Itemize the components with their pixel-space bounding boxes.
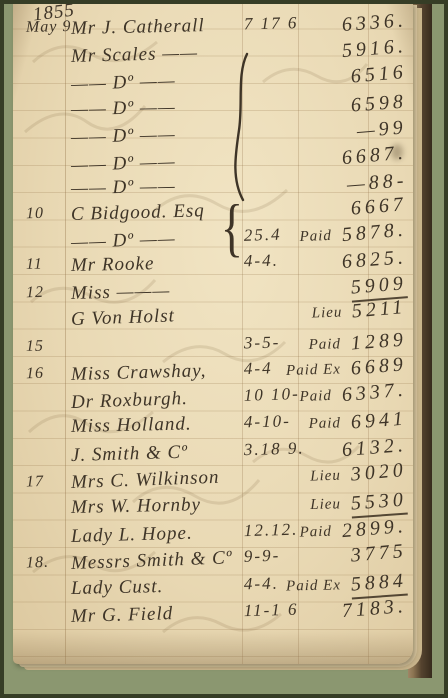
ledger-row-serial: 5878.: [341, 219, 408, 248]
ledger-row-serial: 6336.: [341, 9, 408, 37]
ledger-row-serial: 6941: [350, 408, 408, 435]
ledger-row-name: Miss Crawshay,: [71, 360, 207, 386]
ledger-row-right-group: 6336.: [332, 11, 407, 36]
ledger-row-serial: 1289: [350, 329, 408, 356]
ledger-row-serial: 6825.: [341, 246, 408, 274]
ledger-row-name: Messrs Smith & Cº: [71, 547, 233, 575]
ledger-row-serial: 6689: [350, 353, 408, 380]
ledger-row-amount: 3.18 9.: [244, 438, 305, 460]
ledger-row-amount: 9-9-: [244, 546, 281, 567]
ledger-row-name: Mrs W. Hornby: [71, 494, 201, 519]
ledger-row-serial: 3775: [350, 540, 408, 568]
ledger-row-date: [26, 99, 72, 100]
ledger-row-right-group: 6825.: [332, 248, 407, 273]
ledger-row-right-group: Paid Ex 6689: [286, 355, 408, 381]
ledger-row-name: Miss Holland.: [71, 413, 192, 438]
ledger-row-amount: 4-10-: [244, 411, 291, 432]
ledger-row-date: 18.: [26, 553, 73, 573]
ledger-row-name: —— Dº ——: [71, 97, 176, 121]
ledger-row-right-group: 6516: [340, 62, 407, 87]
ledger-row-name: —— Dº ——: [71, 176, 176, 200]
ledger-row-status: Paid: [299, 388, 332, 406]
ledger-row-date: [26, 74, 72, 76]
ledger-row-right-group: Paid Ex 5884: [286, 571, 407, 600]
ledger-row-status: Paid: [299, 524, 332, 542]
ledger-row-right-group: 6667: [341, 195, 408, 220]
ledger-row-name: Mr G. Field: [71, 603, 174, 628]
ledger-rows: May 9 Mr J. Catherall 7 17 6 6336. Mr Sc…: [13, 2, 413, 664]
ledger-row-amount: 3-5-: [244, 333, 281, 354]
ledger-row-serial: 6598: [350, 91, 408, 118]
ledger-row-serial: 6132.: [341, 434, 408, 462]
ledger-row-serial: 6516: [350, 61, 408, 89]
ledger-page: 1855 { May 9 Mr J. Catherall 7 17 6 6336…: [13, 2, 413, 664]
ledger-row-date: [26, 416, 72, 417]
ledger-row-date: [26, 445, 72, 446]
ledger-row-right-group: Paid 6941: [308, 409, 407, 434]
ledger-row-amount: 12.12.: [244, 520, 299, 542]
ledger-row-name: Mr Rooke: [71, 253, 155, 277]
ledger-row-date: [26, 127, 72, 128]
ledger-row-name: J. Smith & Cº: [71, 442, 189, 467]
ledger-row-right-group: 6598: [341, 92, 407, 116]
ledger-row-name: C Bidgood. Esq: [71, 200, 205, 226]
ledger-row-right-group: Lieu 5530: [310, 490, 407, 518]
ledger-row-date: [26, 606, 72, 607]
ledger-row-date: 10: [26, 204, 72, 223]
ledger-row-amount: 4-4: [244, 358, 273, 379]
ledger-row-date: [26, 232, 72, 234]
ledger-row-right-group: Paid 6337.: [299, 380, 407, 407]
ledger-row-serial: 6687.: [341, 142, 408, 171]
ledger-row-status: Paid: [308, 415, 341, 433]
ledger-row-right-group: —88-: [336, 171, 407, 195]
ledger-row-name: —— Dº ——: [71, 151, 176, 177]
ledger-row-serial: —88-: [346, 169, 408, 196]
ledger-row-date: 11: [26, 255, 72, 274]
ledger-row-name: Mrs C. Wilkinson: [71, 467, 220, 494]
ledger-row-date: [26, 178, 72, 179]
ledger-row-right-group: 7183.: [332, 597, 408, 622]
ledger-row-right-group: Paid 5878.: [299, 220, 407, 247]
ledger-row-date: [26, 526, 72, 527]
ledger-row-date: [26, 497, 72, 498]
ledger-row-right-group: —99: [347, 118, 407, 143]
ledger-row-date: [26, 46, 72, 47]
ledger-row-name: Lady L. Hope.: [71, 523, 193, 548]
ledger-row-name: —— Dº ——: [71, 70, 176, 96]
ledger-row-name: Mr Scales ——: [71, 42, 199, 68]
ledger-row-name: Dr Roxburgh.: [71, 388, 189, 414]
ledger-row-right-group: 6687.: [331, 143, 407, 169]
ledger-row-serial: —99: [356, 116, 407, 143]
ledger-row-date: 15: [26, 337, 72, 356]
ledger-row-status: Paid Ex: [286, 577, 341, 595]
ledger-row-serial: 5916.: [341, 35, 408, 63]
ledger-row-right-group: 5916.: [332, 37, 408, 62]
ledger-row-date: 17: [26, 472, 73, 492]
ledger-row-name: G Von Holst: [71, 305, 176, 331]
ledger-row-right-group: Lieu 3020: [310, 460, 407, 486]
ledger-row-amount: 4-4.: [244, 574, 279, 595]
ledger-row-right-group: 6132.: [332, 436, 408, 461]
ledger-row-serial: 5530: [350, 489, 408, 519]
ledger-row-status: Paid: [299, 228, 332, 246]
ledger-row-amount: 11-1 6: [244, 600, 299, 622]
ledger-row-name: —— Dº ——: [71, 228, 176, 254]
ledger-row-right-group: Paid 2899.: [299, 517, 407, 543]
ledger-row-amount: 10 10-: [244, 384, 301, 406]
ledger-row-date: [26, 578, 72, 579]
ledger-row-right-group: 3775: [340, 541, 407, 566]
ledger-row-right-group: Paid 1289: [308, 330, 407, 355]
ledger-row-serial: 7183.: [341, 595, 408, 623]
ledger-row-amount: 25.4: [244, 225, 282, 246]
ledger-row-date: [26, 392, 72, 394]
ledger-row-date: May 9: [26, 18, 72, 37]
ledger-row-name: —— Dº ——: [71, 124, 176, 149]
ledger-row-serial: 2899.: [341, 515, 408, 543]
ledger-row-status: Lieu: [310, 496, 341, 514]
ledger-row-name: Mr J. Catherall: [71, 15, 205, 40]
ledger-row-status: Lieu: [310, 468, 341, 486]
ledger-row-serial: 5211: [351, 296, 407, 324]
ledger-row-date: 12: [26, 283, 72, 302]
ledger-row-status: Paid Ex: [286, 361, 341, 380]
ledger-row-date: [26, 155, 72, 157]
ledger-row-date: 16: [26, 364, 72, 383]
ledger-row-serial: 6667: [350, 193, 408, 220]
ledger-row-status: Lieu: [311, 304, 342, 322]
ledger-row-amount: 7 17 6: [244, 13, 299, 34]
ledger-row-right-group: Lieu 5211: [311, 297, 407, 323]
ledger-row-status: Paid: [308, 336, 341, 354]
ledger-row-amount: 4-4.: [244, 251, 279, 272]
ledger-row-serial: 6337.: [341, 379, 408, 408]
ledger-row-name: Miss ———: [71, 280, 171, 305]
ledger-photo-frame: 1855 { May 9 Mr J. Catherall 7 17 6 6336…: [0, 0, 448, 698]
ledger-row-serial: 3020: [350, 459, 408, 487]
ledger-row-name: Lady Cust.: [71, 576, 164, 600]
